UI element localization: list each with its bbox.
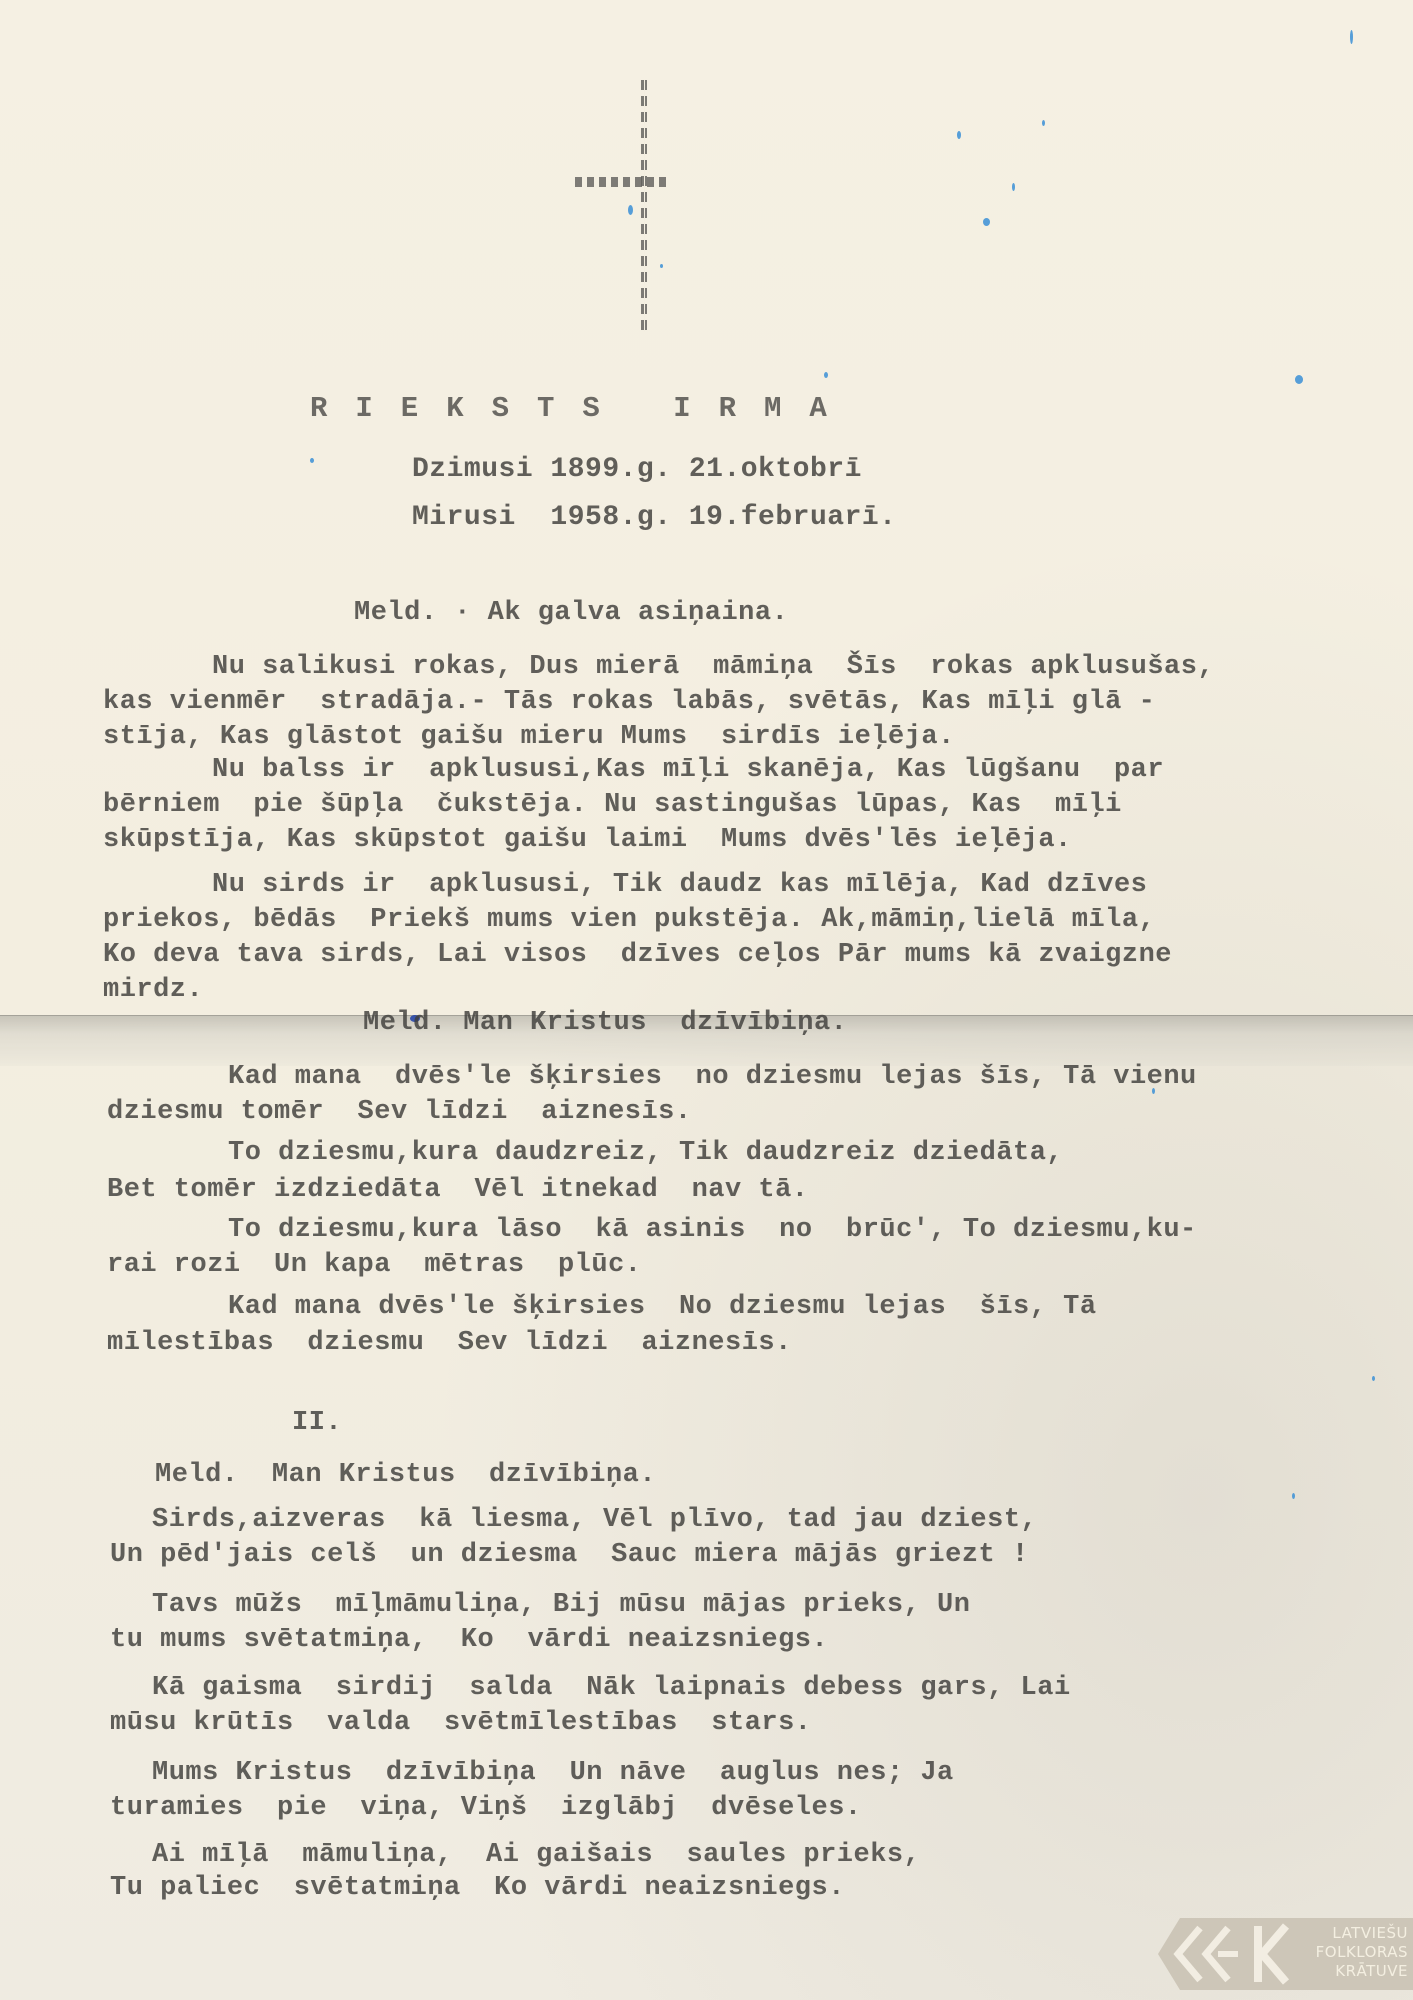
ink-speck (983, 218, 990, 226)
verse-line: bērniem pie šūpļa čukstēja. Nu sastinguš… (103, 790, 1122, 820)
ink-speck (1292, 1493, 1295, 1499)
verse-line: Ai mīļā māmuliņa, Ai gaišais saules prie… (152, 1840, 920, 1870)
verse-line: Nu salikusi rokas, Dus mierā māmiņa Šīs … (212, 652, 1214, 682)
ink-speck (1372, 1376, 1375, 1381)
verse-line: kas vienmēr stradāja.- Tās rokas labās, … (103, 687, 1155, 717)
verse-line: Tavs mūžs mīļmāmuliņa, Bij mūsu mājas pr… (152, 1590, 970, 1620)
verse-line: Kad mana dvēs'le šķirsies No dziesmu lej… (228, 1292, 1097, 1322)
section-numeral: II. (292, 1408, 342, 1438)
verse-line: Nu balss ir apklususi,Kas mīļi skanēja, … (212, 755, 1164, 785)
verse-line: mirdz. (103, 975, 203, 1005)
melody-heading: Meld. · Ak galva asiņaina. (354, 598, 788, 628)
ink-speck (1350, 30, 1353, 44)
typed-cross-icon (575, 80, 675, 340)
melody-heading: Meld. Man Kristus dzīvībiņa. (363, 1008, 847, 1038)
verse-line: Tu paliec svētatmiņa Ko vārdi neaizsnieg… (110, 1873, 845, 1903)
verse-line: stīja, Kas glāstot gaišu mieru Mums sird… (103, 722, 955, 752)
verse-line: mīlestības dziesmu Sev līdzi aiznesīs. (107, 1328, 792, 1358)
verse-line: To dziesmu,kura lāso kā asinis no brūc',… (228, 1215, 1197, 1245)
verse-line: Bet tomēr izdziedāta Vēl itnekad nav tā. (107, 1175, 809, 1205)
ink-speck (310, 458, 314, 463)
lfk-watermark-logo: LATVIEŠU FOLKLORAS KRĀTUVE (1158, 1918, 1413, 1990)
verse-line: rai rozi Un kapa mētras plūc. (107, 1250, 641, 1280)
death-date-line: Mirusi 1958.g. 19.februarī. (412, 503, 896, 533)
ink-speck (1012, 183, 1015, 191)
ink-speck (824, 372, 828, 378)
logo-line: LATVIEŠU (1290, 1924, 1408, 1943)
birth-date-line: Dzimusi 1899.g. 21.oktobrī (412, 455, 862, 485)
melody-heading: Meld. Man Kristus dzīvībiņa. (155, 1460, 656, 1490)
verse-line: tu mums svētatmiņa, Ko vārdi neaizsniegs… (110, 1625, 828, 1655)
verse-line: Sirds,aizveras kā liesma, Vēl plīvo, tad… (152, 1505, 1037, 1535)
verse-line: mūsu krūtīs valda svētmīlestības stars. (110, 1708, 812, 1738)
logo-line: FOLKLORAS (1290, 1943, 1408, 1962)
ink-speck (957, 131, 961, 139)
verse-line: Un pēd'jais celš un dziesma Sauc miera m… (110, 1540, 1029, 1570)
verse-line: priekos, bēdās Priekš mums vien pukstēja… (103, 905, 1155, 935)
deceased-name-heading: RIEKSTS IRMA (310, 392, 855, 425)
verse-line: To dziesmu,kura daudzreiz, Tik daudzreiz… (228, 1138, 1063, 1168)
logo-wordmark: LATVIEŠU FOLKLORAS KRĀTUVE (1290, 1924, 1408, 1981)
verse-line: Kad mana dvēs'le šķirsies no dziesmu lej… (228, 1062, 1197, 1092)
verse-line: Mums Kristus dzīvībiņa Un nāve auglus ne… (152, 1758, 954, 1788)
verse-line: Ko deva tava sirds, Lai visos dzīves ceļ… (103, 940, 1172, 970)
verse-line: Nu sirds ir apklususi, Tik daudz kas mīl… (212, 870, 1147, 900)
verse-line: turamies pie viņa, Viņš izglābj dvēseles… (110, 1793, 862, 1823)
logo-line: KRĀTUVE (1290, 1962, 1408, 1981)
verse-line: skūpstīja, Kas skūpstot gaišu laimi Mums… (103, 825, 1072, 855)
verse-line: dziesmu tomēr Sev līdzi aiznesīs. (107, 1097, 692, 1127)
verse-line: Kā gaisma sirdij salda Nāk laipnais debe… (152, 1673, 1071, 1703)
ink-speck (1295, 375, 1303, 384)
ink-speck (1042, 120, 1045, 126)
